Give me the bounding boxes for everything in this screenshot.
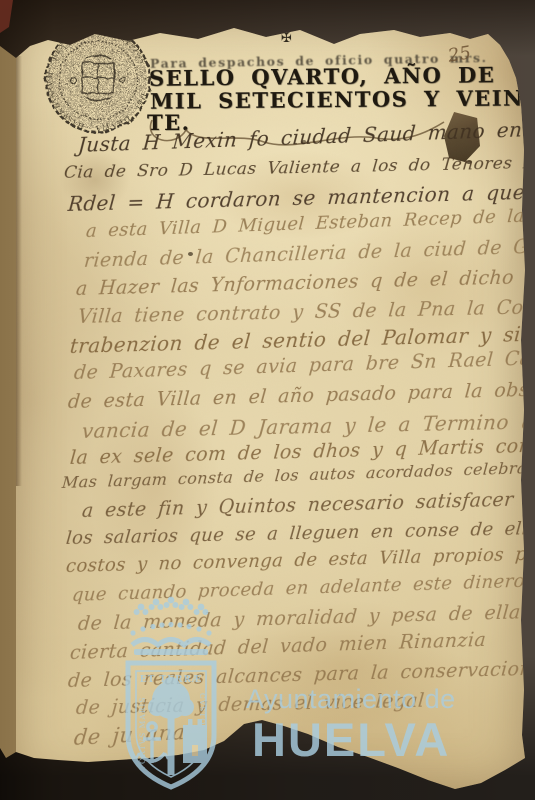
fold-crease <box>15 56 22 486</box>
printed-cross-ornament-icon: ✠ <box>281 31 292 46</box>
watermark-org-name: Ayuntamiento de <box>246 684 456 715</box>
castle-tower-icon <box>183 719 207 763</box>
manuscript-paper: · PHILIPPVS · V · DEI · GRATIA · HISPANI… <box>0 0 535 800</box>
crown-band <box>132 640 210 646</box>
royal-ink-seal: · PHILIPPVS · V · DEI · GRATIA · HISPANI… <box>38 20 156 138</box>
watermark-city-name: HUELVA <box>252 712 450 767</box>
crown-icon <box>130 597 211 636</box>
seal-grunge-texture <box>47 29 147 129</box>
document-scan: · PHILIPPVS · V · DEI · GRATIA · HISPANI… <box>0 0 535 800</box>
huelva-coat-of-arms-watermark: ET TERRÆ PORTVS MARIS CVSTODIA <box>105 585 235 800</box>
folio-number: 25 <box>446 42 472 66</box>
